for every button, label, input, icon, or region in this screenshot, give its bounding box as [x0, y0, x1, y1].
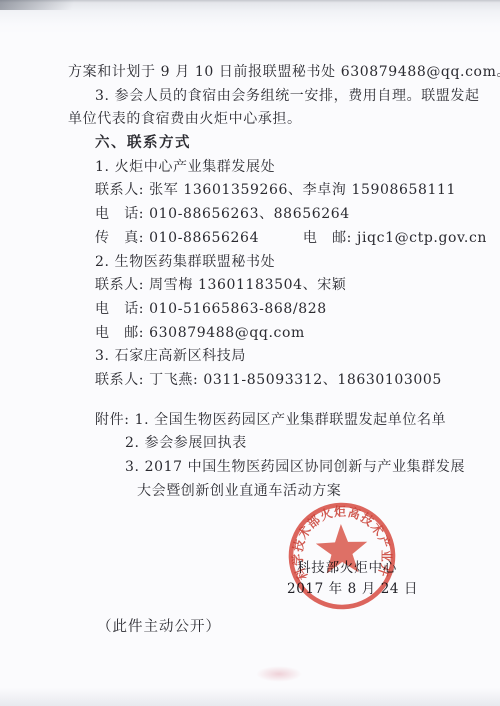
- scanned-document-page: 方案和计划于 9 月 10 日前报联盟秘书处 630879488@qq.com。…: [0, 0, 500, 706]
- body-line: 单位代表的食宿费由火炬中心承担。: [0, 108, 500, 132]
- contact-phone-line: 电 话: 010-51665863-868/828: [0, 298, 500, 322]
- contact-email-line: 电 邮: 630879488@qq.com: [0, 322, 500, 346]
- contact-org-line: 3. 石家庄高新区科技局: [0, 345, 500, 369]
- contact-org-line: 1. 火炬中心产业集群发展处: [0, 156, 500, 180]
- attachment-line: 附件: 1. 全国生物医药园区产业集群联盟发起单位名单: [0, 409, 500, 433]
- body-line: 3. 参会人员的食宿由会务组统一安排，费用自理。联盟发起: [0, 85, 500, 109]
- contact-person-line: 联系人: 张军 13601359266、李卓洵 15908658111: [0, 179, 500, 203]
- footer-disclosure-note: （此件主动公开）: [97, 615, 221, 636]
- scan-corner-mark: [0, 0, 85, 10]
- attachment-line: 2. 参会参展回执表: [0, 432, 500, 456]
- contact-org-line: 2. 生物医药集群联盟秘书处: [0, 251, 500, 275]
- document-body: 方案和计划于 9 月 10 日前报联盟秘书处 630879488@qq.com。…: [0, 61, 500, 503]
- body-line: 方案和计划于 9 月 10 日前报联盟秘书处 630879488@qq.com。: [0, 61, 500, 85]
- contact-person-line: 联系人: 丁飞燕: 0311-85093312、18630103005: [0, 369, 500, 393]
- attachment-line: 大会暨创新创业直通车活动方案: [0, 480, 500, 504]
- official-seal: 科学技术部火炬高技术产业开发中心: [275, 489, 409, 623]
- ink-smudge: [256, 666, 302, 682]
- seal-star-icon: [315, 523, 368, 574]
- scan-bottom-edge-shadow: [0, 688, 500, 706]
- attachments-block: 附件: 1. 全国生物医药园区产业集群联盟发起单位名单 2. 参会参展回执表 3…: [0, 409, 500, 504]
- contact-person-line: 联系人: 周雪梅 13601183504、宋颖: [0, 274, 500, 298]
- contact-phone-line: 电 话: 010-88656263、88656264: [0, 203, 500, 227]
- contact-fax-email-line: 传 真: 010-88656264 电 邮: jiqc1@ctp.gov.cn: [0, 227, 500, 251]
- section-heading-contact: 六、联系方式: [0, 132, 500, 156]
- attachment-line: 3. 2017 中国生物医药园区协同创新与产业集群发展: [0, 456, 500, 480]
- scan-top-edge-shadow: [0, 0, 500, 34]
